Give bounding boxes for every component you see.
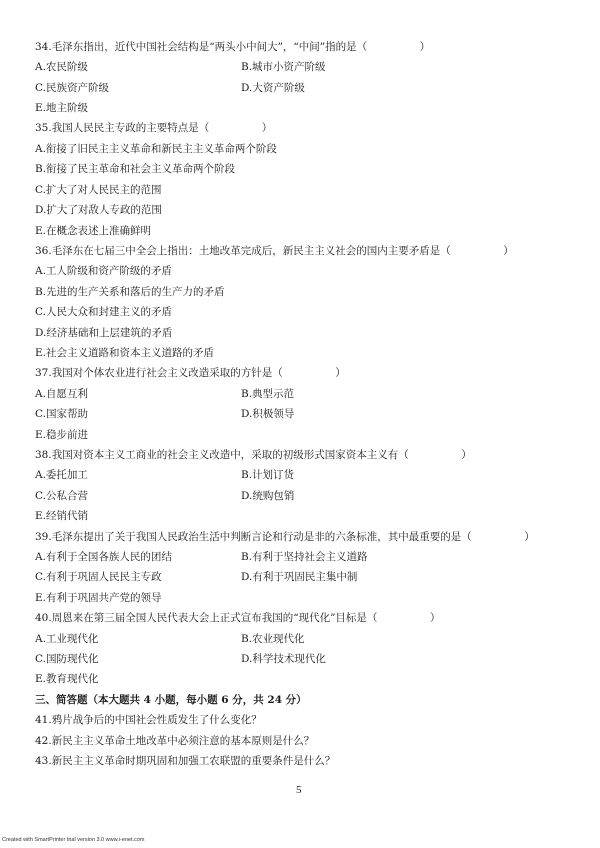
q34-option-b: B.城市小资产阶级 — [241, 61, 326, 74]
question-39-stem: 39.毛泽东提出了关于我国人民政治生活中判断言论和行动是非的六条标准，其中最重要… — [35, 531, 535, 544]
q36-option-b: B.先进的生产关系和落后的生产力的矛盾 — [35, 286, 225, 299]
q38-option-c: C.公私合营 — [35, 490, 88, 503]
q37-option-e: E.稳步前进 — [35, 429, 88, 442]
q38-option-e: E.经销代销 — [35, 510, 88, 523]
q40-option-b: B.农业现代化 — [241, 633, 305, 646]
q40-option-c: C.国防现代化 — [35, 653, 99, 666]
q34-option-e: E.地主阶级 — [35, 102, 88, 115]
q39-option-d: D.有利于巩固民主集中制 — [241, 571, 357, 584]
question-41: 41.鸦片战争后的中国社会性质发生了什么变化？ — [35, 714, 262, 727]
question-37-stem: 37.我国对个体农业进行社会主义改造采取的方针是（ ） — [35, 367, 346, 380]
q36-option-e: E.社会主义道路和资本主义道路的矛盾 — [35, 347, 214, 360]
page-number: 5 — [296, 784, 302, 796]
q38-option-b: B.计划订货 — [241, 469, 294, 482]
q37-option-c: C.国家帮助 — [35, 408, 88, 421]
q36-option-a: A.工人阶级和资产阶级的矛盾 — [35, 265, 172, 278]
q35-option-a: A.衔接了旧民主主义革命和新民主主义革命两个阶段 — [35, 143, 277, 156]
q38-option-d: D.统购包销 — [241, 490, 294, 503]
question-42: 42.新民主主义革命土地改革中必须注意的基本原则是什么？ — [35, 735, 314, 748]
q35-option-e: E.在概念表述上准确鲜明 — [35, 225, 151, 238]
q34-option-d: D.大资产阶级 — [241, 82, 305, 95]
q37-option-b: B.典型示范 — [241, 388, 294, 401]
question-43: 43.新民主主义革命时期巩固和加强工农联盟的重要条件是什么？ — [35, 755, 335, 768]
q39-option-a: A.有利于全国各族人民的团结 — [35, 551, 172, 564]
q36-option-d: D.经济基础和上层建筑的矛盾 — [35, 327, 172, 340]
q38-option-a: A.委托加工 — [35, 469, 88, 482]
q34-option-c: C.民族资产阶级 — [35, 82, 109, 95]
q35-option-d: D.扩大了对敌人专政的范围 — [35, 204, 162, 217]
q35-option-c: C.扩大了对人民民主的范围 — [35, 184, 162, 197]
q37-option-a: A.自愿互利 — [35, 388, 88, 401]
section-heading: 三、简答题（本大题共 4 小题，每小题 6 分，共 24 分） — [35, 694, 307, 707]
q39-option-b: B.有利于坚持社会主义道路 — [241, 551, 368, 564]
q40-option-a: A.工业现代化 — [35, 633, 98, 646]
q39-option-e: E.有利于巩固共产党的领导 — [35, 592, 162, 605]
q37-option-d: D.积极领导 — [241, 408, 294, 421]
question-34-stem: 34.毛泽东指出，近代中国社会结构是“两头小中间大”，“中间”指的是（ ） — [35, 41, 430, 54]
question-35-stem: 35.我国人民民主专政的主要特点是（ ） — [35, 122, 272, 135]
question-36-stem: 36.毛泽东在七届三中全会上指出：土地改革完成后，新民主主义社会的国内主要矛盾是… — [35, 245, 514, 258]
question-40-stem: 40.周恩来在第三届全国人民代表大会上正式宣布我国的“现代化”目标是（ ） — [35, 612, 440, 625]
q40-option-d: D.科学技术现代化 — [241, 653, 326, 666]
question-38-stem: 38.我国对资本主义工商业的社会主义改造中，采取的初级形式国家资本主义有（ ） — [35, 449, 472, 462]
q34-option-a: A.农民阶级 — [35, 61, 88, 74]
q35-option-b: B.衔接了民主革命和社会主义革命两个阶段 — [35, 163, 235, 176]
q39-option-c: C.有利于巩固人民民主专政 — [35, 571, 162, 584]
q36-option-c: C.人民大众和封建主义的矛盾 — [35, 306, 172, 319]
q40-option-e: E.教育现代化 — [35, 673, 99, 686]
footer-watermark: Created with SmartPrinter trial version … — [2, 837, 144, 843]
